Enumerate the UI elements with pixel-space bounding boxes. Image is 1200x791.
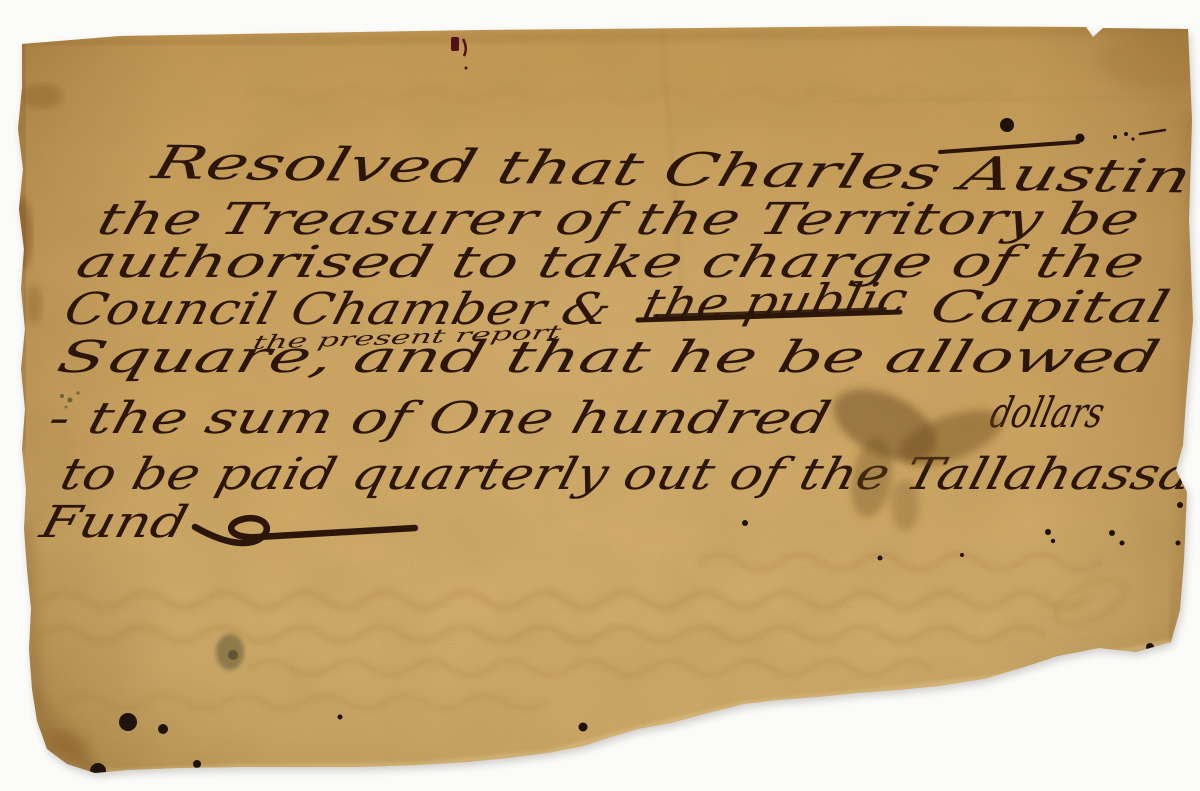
handwriting-line-3: authorised to take charge of the <box>71 237 1150 288</box>
handwriting-line-4-end: Capital <box>925 282 1175 333</box>
handwriting-line-6-start: - the sum of One hundred <box>43 393 836 444</box>
handwriting-line-7: to be paid quarterly out of the Tallahas… <box>55 449 1198 500</box>
manuscript-scan: Resolved that Charles Austin the Treasur… <box>0 0 1200 791</box>
handwriting: Resolved that Charles Austin the Treasur… <box>34 137 1198 548</box>
manuscript-svg: Resolved that Charles Austin the Treasur… <box>0 0 1200 791</box>
handwriting-line-4-struck: the public <box>638 273 913 331</box>
handwriting-line-6-end: dollars <box>985 389 1109 438</box>
handwriting-line-5: Square, and that he be allowed <box>52 332 1165 383</box>
handwriting-line-8: Fund <box>34 497 193 548</box>
